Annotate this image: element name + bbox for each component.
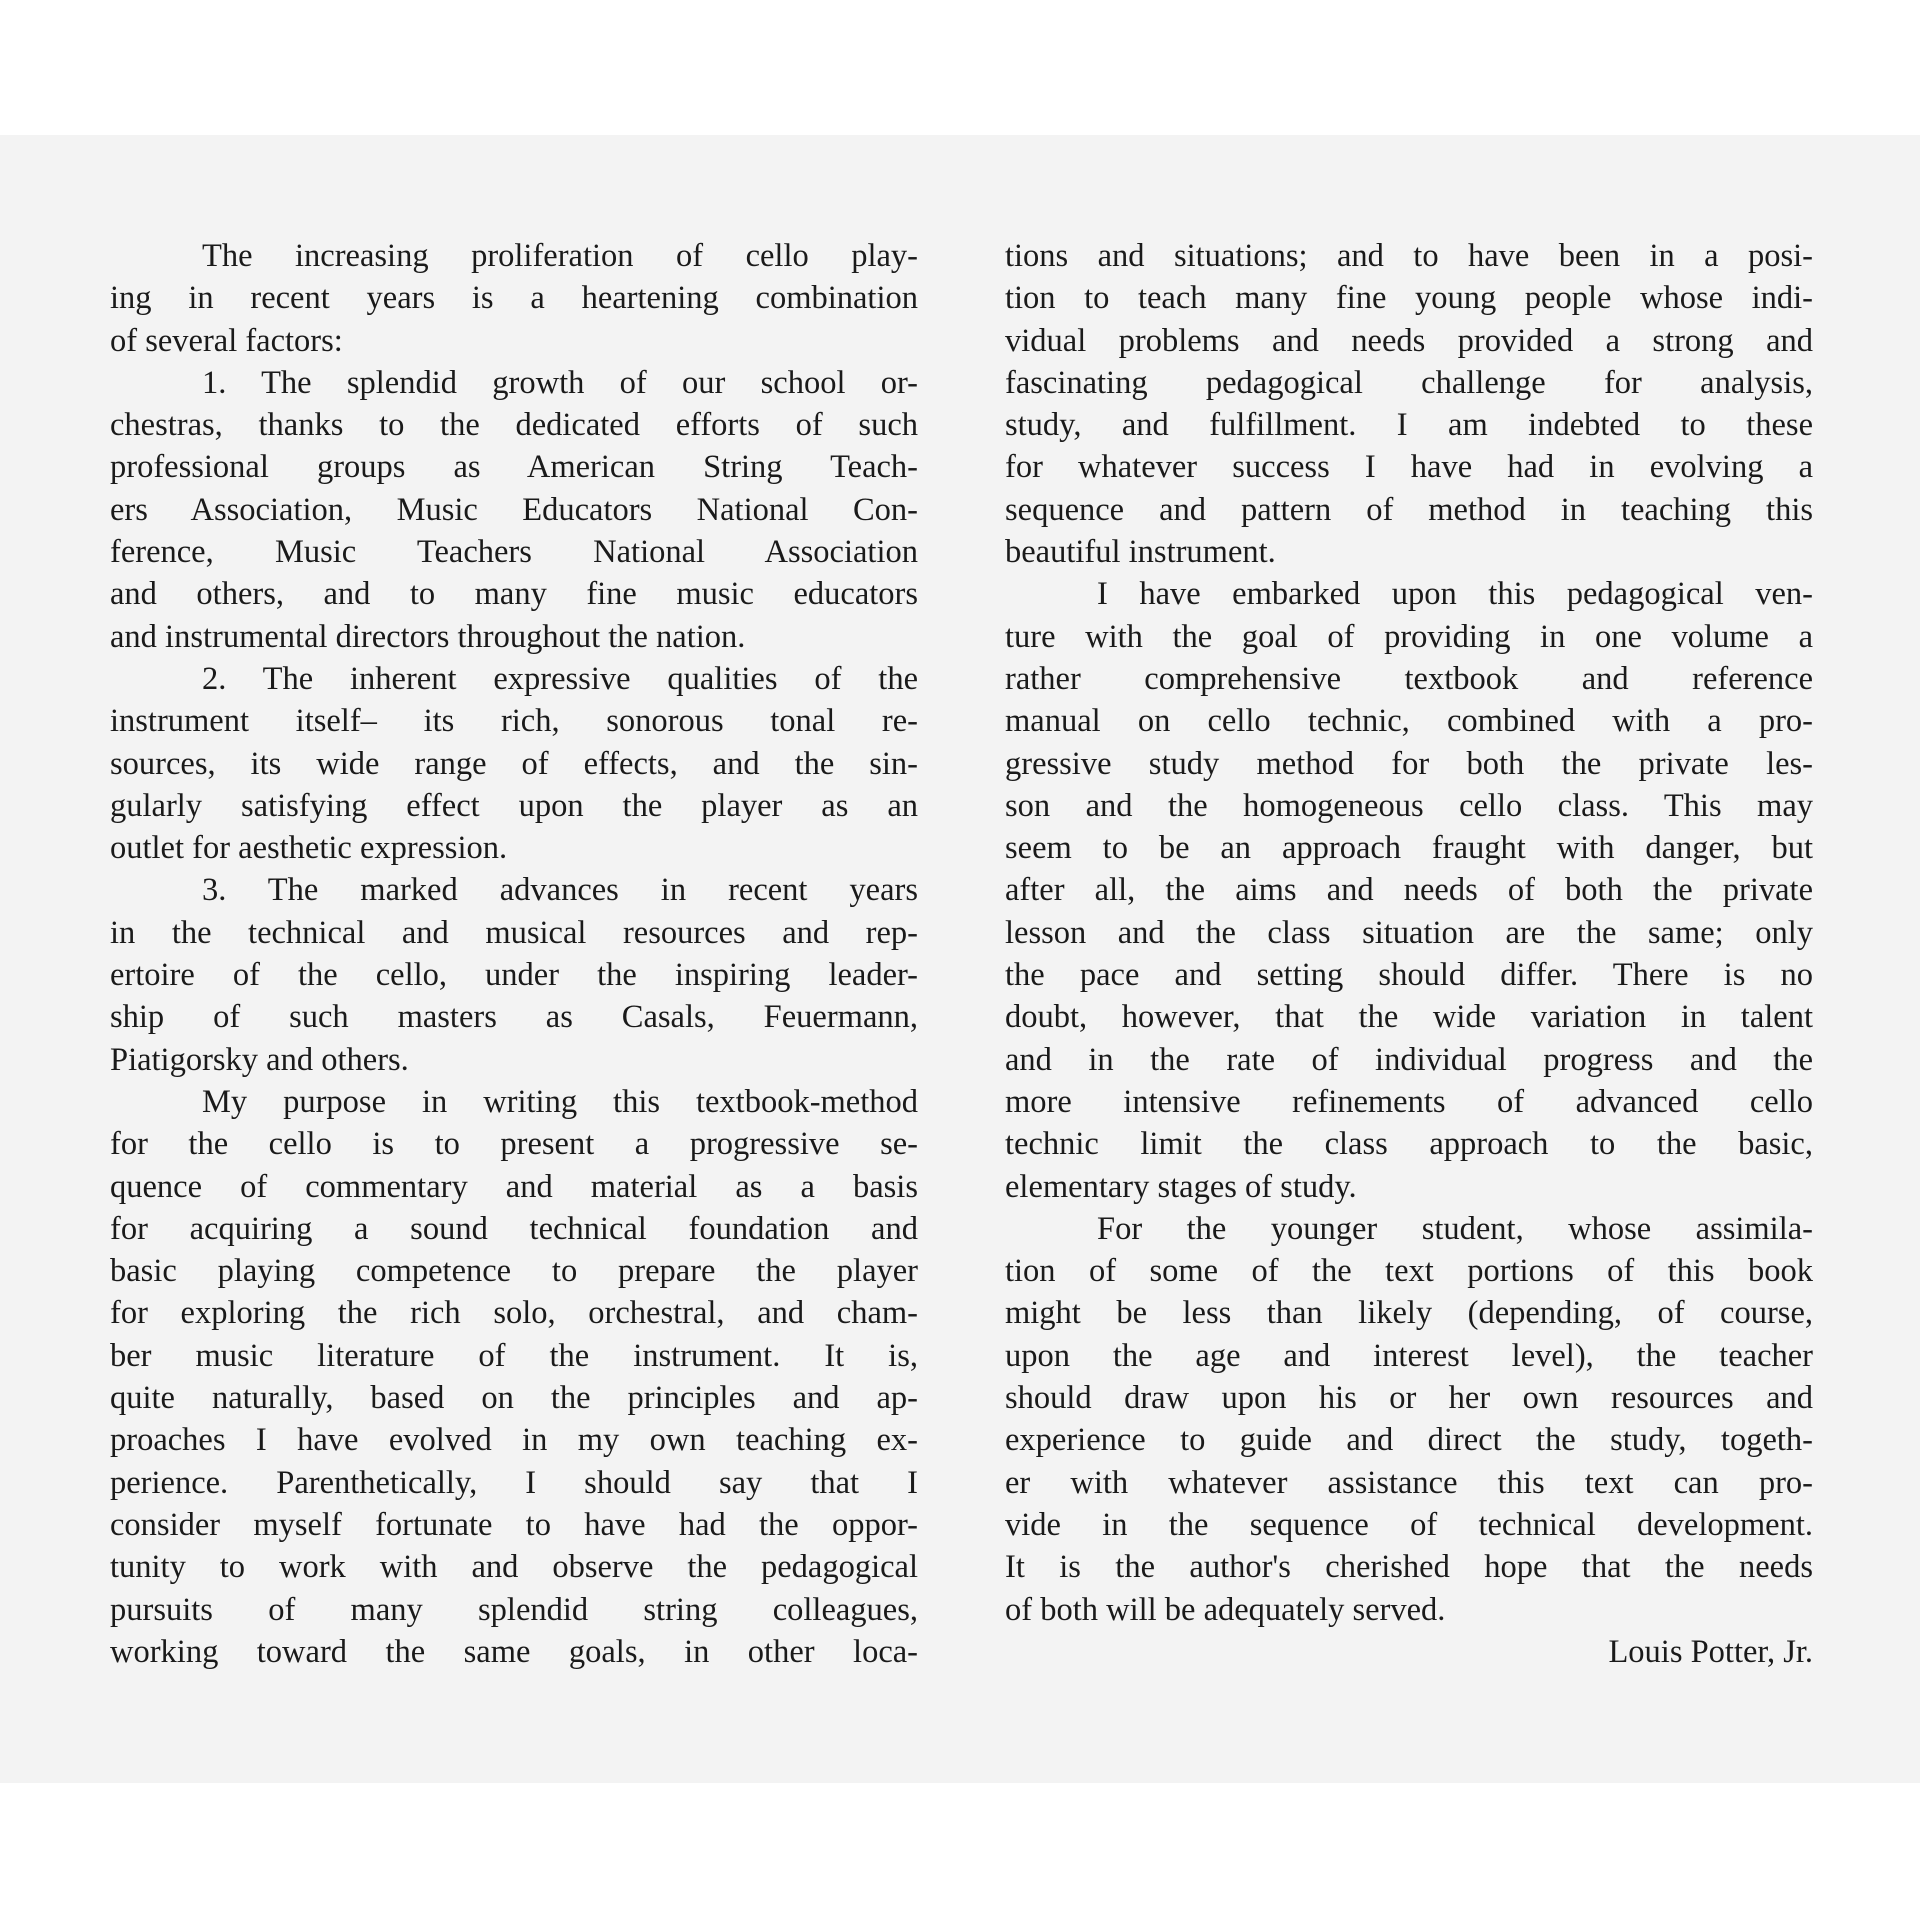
text-line: fascinating pedagogical challenge for an… bbox=[1005, 362, 1813, 404]
text-line: vidual problems and needs provided a str… bbox=[1005, 320, 1813, 362]
right-column-lines: tions and situations; and to have been i… bbox=[1005, 235, 1813, 1631]
text-line: chestras, thanks to the dedicated effort… bbox=[110, 404, 918, 446]
text-line: tion to teach many fine young people who… bbox=[1005, 277, 1813, 319]
text-line: ship of such masters as Casals, Feuerman… bbox=[110, 996, 918, 1038]
text-line: It is the author's cherished hope that t… bbox=[1005, 1546, 1813, 1588]
paragraph-first-line: 3. The marked advances in recent years bbox=[110, 869, 918, 911]
text-line: vide in the sequence of technical develo… bbox=[1005, 1504, 1813, 1546]
text-line: manual on cello technic, combined with a… bbox=[1005, 700, 1813, 742]
text-line: doubt, however, that the wide variation … bbox=[1005, 996, 1813, 1038]
text-line: sources, its wide range of effects, and … bbox=[110, 743, 918, 785]
text-line: upon the age and interest level), the te… bbox=[1005, 1335, 1813, 1377]
text-line: the pace and setting should differ. Ther… bbox=[1005, 954, 1813, 996]
text-line: ber music literature of the instrument. … bbox=[110, 1335, 918, 1377]
paragraph-first-line: I have embarked upon this pedagogical ve… bbox=[1005, 573, 1813, 615]
text-line: ture with the goal of providing in one v… bbox=[1005, 616, 1813, 658]
text-line: of both will be adequately served. bbox=[1005, 1589, 1813, 1631]
text-line: more intensive refinements of advanced c… bbox=[1005, 1081, 1813, 1123]
author-signature: Louis Potter, Jr. bbox=[1005, 1631, 1813, 1673]
text-line: quite naturally, based on the principles… bbox=[110, 1377, 918, 1419]
text-line: technic limit the class approach to the … bbox=[1005, 1123, 1813, 1165]
text-line: after all, the aims and needs of both th… bbox=[1005, 869, 1813, 911]
book-page: The increasing proliferation of cello pl… bbox=[0, 135, 1920, 1783]
text-line: son and the homogeneous cello class. Thi… bbox=[1005, 785, 1813, 827]
text-line: pursuits of many splendid string colleag… bbox=[110, 1589, 918, 1631]
text-line: tions and situations; and to have been i… bbox=[1005, 235, 1813, 277]
paragraph-first-line: 1. The splendid growth of our school or- bbox=[110, 362, 918, 404]
text-line: lesson and the class situation are the s… bbox=[1005, 912, 1813, 954]
text-line: for exploring the rich solo, orchestral,… bbox=[110, 1292, 918, 1334]
text-line: rather comprehensive textbook and refere… bbox=[1005, 658, 1813, 700]
left-text-column: The increasing proliferation of cello pl… bbox=[110, 235, 918, 1673]
text-line: might be less than likely (depending, of… bbox=[1005, 1292, 1813, 1334]
text-line: and instrumental directors throughout th… bbox=[110, 616, 918, 658]
text-line: er with whatever assistance this text ca… bbox=[1005, 1462, 1813, 1504]
text-line: study, and fulfillment. I am indebted to… bbox=[1005, 404, 1813, 446]
text-line: tunity to work with and observe the peda… bbox=[110, 1546, 918, 1588]
text-line: gressive study method for both the priva… bbox=[1005, 743, 1813, 785]
text-line: ers Association, Music Educators Nationa… bbox=[110, 489, 918, 531]
text-line: experience to guide and direct the study… bbox=[1005, 1419, 1813, 1461]
text-line: gularly satisfying effect upon the playe… bbox=[110, 785, 918, 827]
text-line: ing in recent years is a heartening comb… bbox=[110, 277, 918, 319]
text-line: quence of commentary and material as a b… bbox=[110, 1166, 918, 1208]
text-line: should draw upon his or her own resource… bbox=[1005, 1377, 1813, 1419]
text-line: basic playing competence to prepare the … bbox=[110, 1250, 918, 1292]
text-line: of several factors: bbox=[110, 320, 918, 362]
text-line: elementary stages of study. bbox=[1005, 1166, 1813, 1208]
text-line: ertoire of the cello, under the inspirin… bbox=[110, 954, 918, 996]
text-line: and in the rate of individual progress a… bbox=[1005, 1039, 1813, 1081]
text-line: for whatever success I have had in evolv… bbox=[1005, 446, 1813, 488]
text-line: in the technical and musical resources a… bbox=[110, 912, 918, 954]
text-line: ference, Music Teachers National Associa… bbox=[110, 531, 918, 573]
paragraph-first-line: The increasing proliferation of cello pl… bbox=[110, 235, 918, 277]
text-line: consider myself fortunate to have had th… bbox=[110, 1504, 918, 1546]
text-line: instrument itself– its rich, sonorous to… bbox=[110, 700, 918, 742]
text-line: seem to be an approach fraught with dang… bbox=[1005, 827, 1813, 869]
text-line: for acquiring a sound technical foundati… bbox=[110, 1208, 918, 1250]
text-line: proaches I have evolved in my own teachi… bbox=[110, 1419, 918, 1461]
text-line: working toward the same goals, in other … bbox=[110, 1631, 918, 1673]
text-line: perience. Parenthetically, I should say … bbox=[110, 1462, 918, 1504]
right-text-column: tions and situations; and to have been i… bbox=[1005, 235, 1813, 1673]
text-line: beautiful instrument. bbox=[1005, 531, 1813, 573]
text-line: Piatigorsky and others. bbox=[110, 1039, 918, 1081]
text-line: outlet for aesthetic expression. bbox=[110, 827, 918, 869]
text-line: for the cello is to present a progressiv… bbox=[110, 1123, 918, 1165]
text-line: sequence and pattern of method in teachi… bbox=[1005, 489, 1813, 531]
paragraph-first-line: For the younger student, whose assimila- bbox=[1005, 1208, 1813, 1250]
text-line: and others, and to many fine music educa… bbox=[110, 573, 918, 615]
paragraph-first-line: 2. The inherent expressive qualities of … bbox=[110, 658, 918, 700]
text-line: professional groups as American String T… bbox=[110, 446, 918, 488]
paragraph-first-line: My purpose in writing this textbook-meth… bbox=[110, 1081, 918, 1123]
text-line: tion of some of the text portions of thi… bbox=[1005, 1250, 1813, 1292]
